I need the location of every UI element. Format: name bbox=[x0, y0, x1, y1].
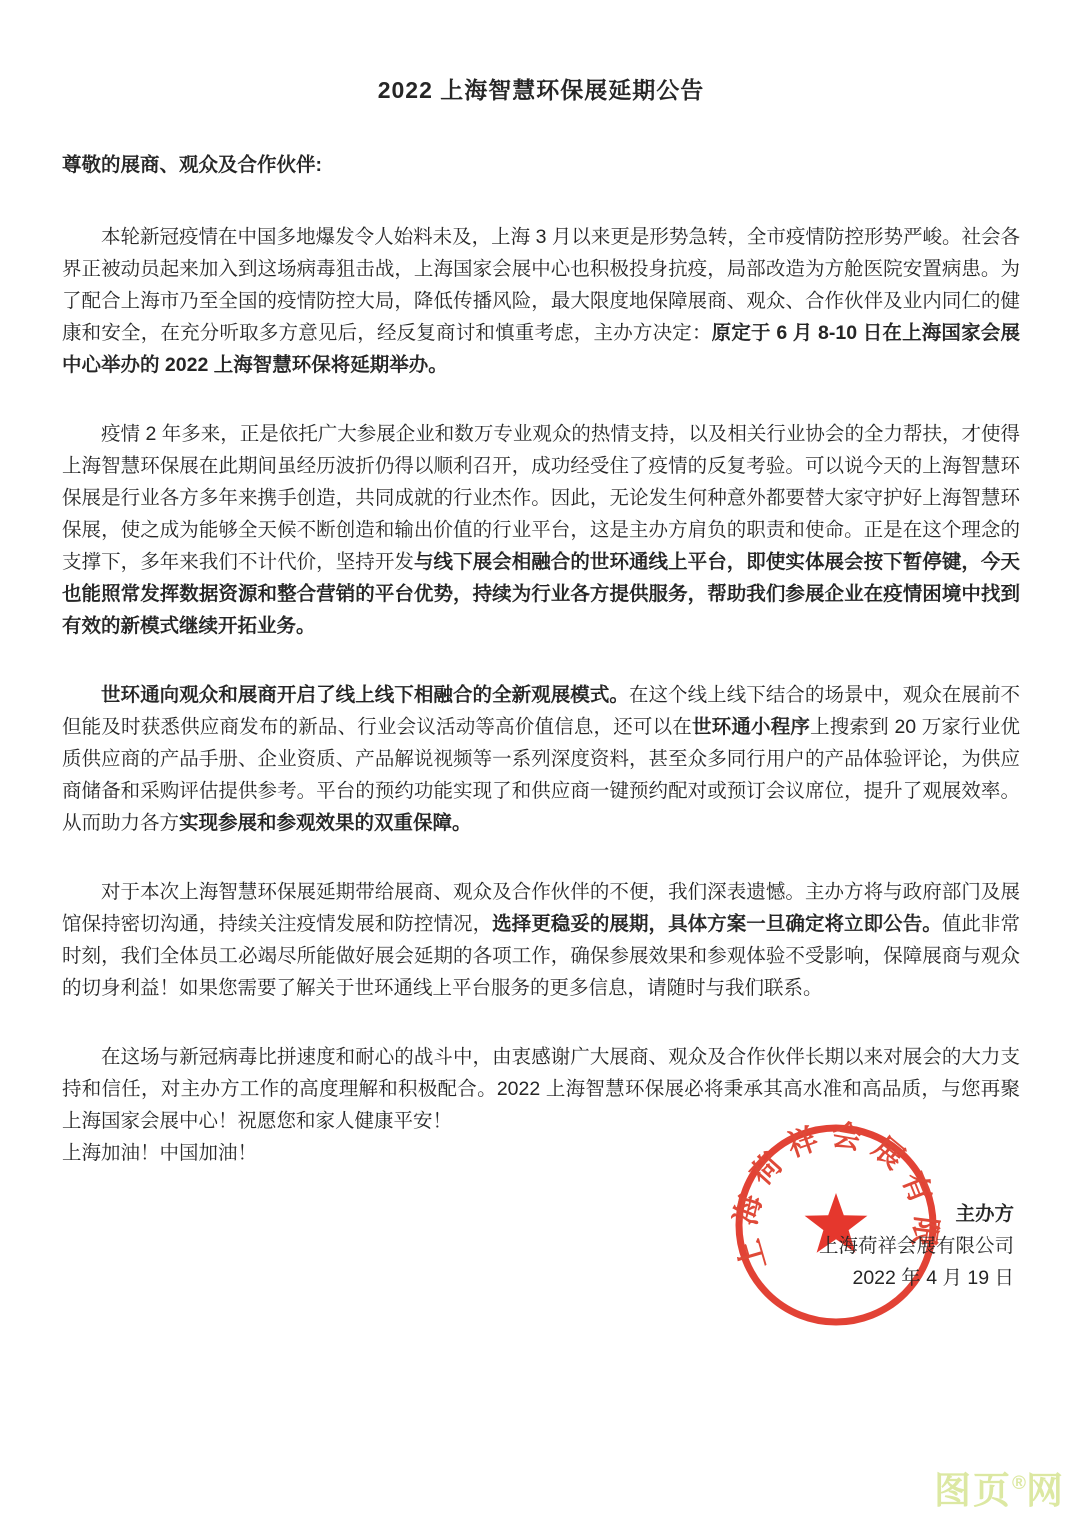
signature-company: 上海荷祥会展有限公司 bbox=[819, 1230, 1014, 1262]
document-body: 2022 上海智慧环保展延期公告 尊敬的展商、观众及合作伙伴: 本轮新冠疫情在中… bbox=[62, 0, 1020, 1169]
announcement-page: 2022 上海智慧环保展延期公告 尊敬的展商、观众及合作伙伴: 本轮新冠疫情在中… bbox=[0, 0, 1080, 1526]
signature-block: 主办方 上海荷祥会展有限公司 2022 年 4 月 19 日 bbox=[819, 1198, 1014, 1294]
signature-role: 主办方 bbox=[819, 1198, 1014, 1230]
paragraph-apology-and-plan: 对于本次上海智慧环保展延期带给展商、观众及合作伙伴的不便，我们深表遗憾。主办方将… bbox=[62, 876, 1020, 1004]
site-watermark: 图页®网 bbox=[934, 1460, 1065, 1514]
paragraph-postponement-decision: 本轮新冠疫情在中国多地爆发令人始料未及，上海 3 月以来更是形势急转，全市疫情防… bbox=[62, 221, 1020, 381]
signature-date: 2022 年 4 月 19 日 bbox=[819, 1262, 1014, 1294]
paragraph-online-exhibition-mode: 世环通向观众和展商开启了线上线下相融合的全新观展模式。在这个线上线下结合的场景中… bbox=[62, 679, 1020, 839]
salutation: 尊敬的展商、观众及合作伙伴: bbox=[62, 153, 1020, 177]
watermark-text-right: 网 bbox=[1026, 1470, 1065, 1511]
registered-mark-icon: ® bbox=[1012, 1473, 1026, 1494]
paragraph-platform-commitment: 疫情 2 年多来，正是依托广大参展企业和数万专业观众的热情支持，以及相关行业协会… bbox=[62, 418, 1020, 642]
announcement-title: 2022 上海智慧环保展延期公告 bbox=[62, 74, 1020, 106]
watermark-text-left: 图页 bbox=[934, 1470, 1012, 1511]
